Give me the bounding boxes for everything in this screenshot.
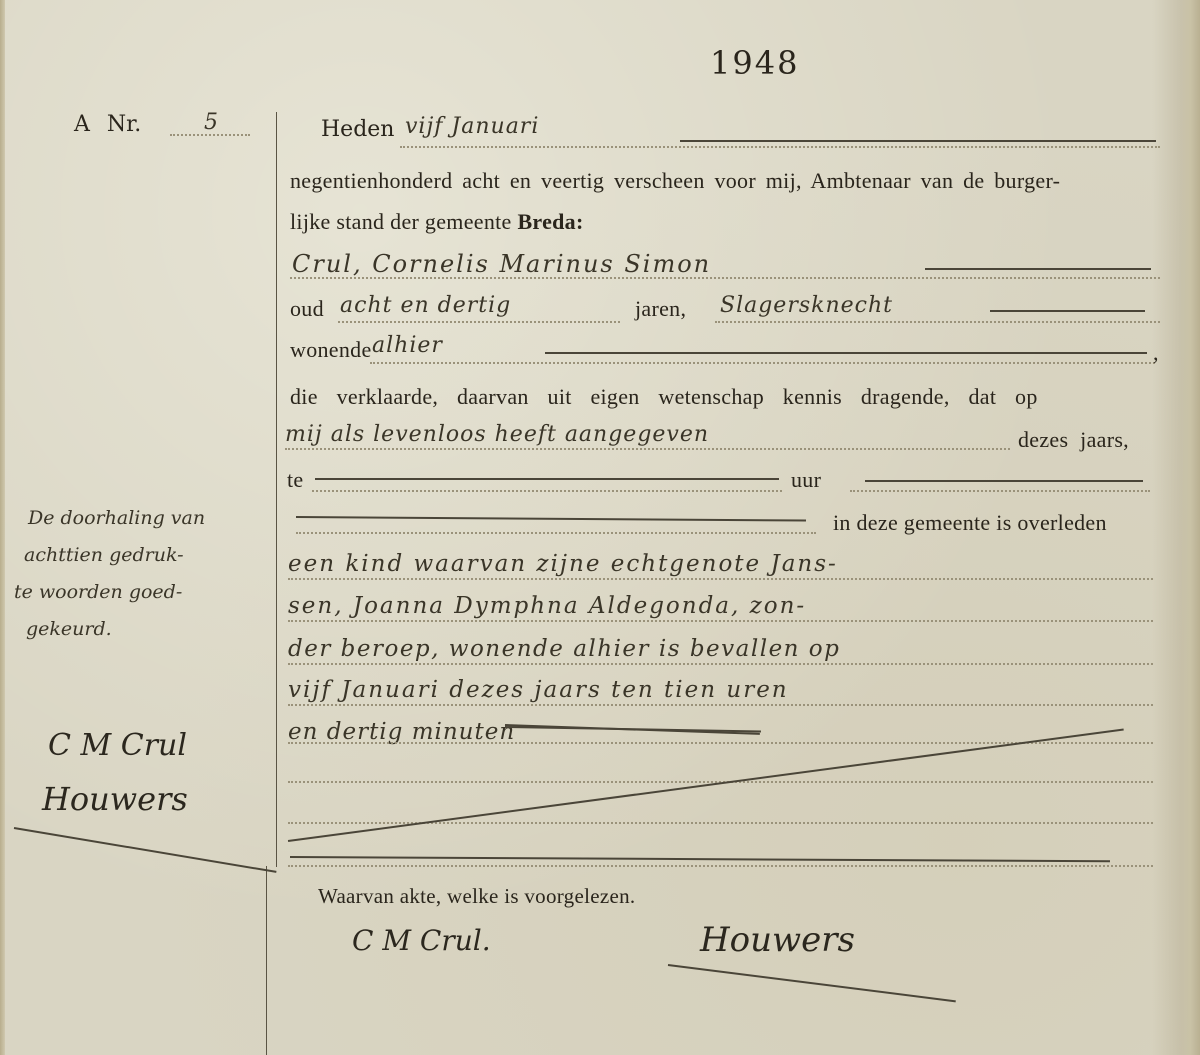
- register-nr-label: Nr.: [107, 112, 141, 137]
- hand-line-2: sen, Joanna Dymphna Aldegonda, zon-: [288, 593, 806, 619]
- line3-text: lijke stand der gemeente Breda:: [290, 209, 584, 235]
- line9-dotline-a: [312, 490, 782, 492]
- line6-strike: [545, 352, 1147, 354]
- hand-dotline-3: [288, 663, 1153, 665]
- line6-comma: ,: [1153, 340, 1159, 366]
- margin-note: De doorhaling van achttien gedruk- te wo…: [14, 500, 205, 648]
- line9-strike-b: [865, 480, 1143, 482]
- uur-label: uur: [791, 467, 821, 493]
- declarant-name: Crul, Cornelis Marinus Simon: [292, 250, 711, 278]
- line9-dotline-b: [850, 490, 1150, 492]
- year-header: 1948: [710, 44, 799, 82]
- margin-divider: [276, 112, 277, 867]
- line1-strike: [680, 140, 1156, 142]
- line6-dotline: [370, 362, 1155, 364]
- overleden-label: in deze gemeente is overleden: [833, 510, 1107, 536]
- hand-dotline-2: [288, 620, 1153, 622]
- residence-handwritten: alhier: [372, 333, 443, 358]
- page-edge-right: [1152, 0, 1200, 1055]
- line5-dotline-b: [715, 321, 1160, 323]
- margin-note-line-3: te woorden goed-: [14, 574, 205, 611]
- hand-dotline-4: [288, 704, 1153, 706]
- z-strike-bottom: [290, 856, 1110, 862]
- te-label: te: [287, 467, 303, 493]
- line9-strike-a: [315, 478, 779, 480]
- date-handwritten: vijf Januari: [405, 114, 539, 139]
- hand-dotline-1: [288, 578, 1153, 580]
- signature-declarant: C M Crul.: [352, 924, 491, 957]
- page-edge-left: [0, 0, 5, 1055]
- hand-line-3: der beroep, wonende alhier is bevallen o…: [288, 636, 840, 662]
- line4-strike: [925, 268, 1151, 270]
- register-letter: A: [74, 112, 90, 137]
- wonende-label: wonende: [290, 337, 372, 363]
- margin-divider-lower: [266, 866, 267, 1055]
- jaren-label: jaren,: [635, 296, 686, 322]
- dezes-jaars-label: dezes jaars,: [1018, 427, 1129, 453]
- empty-dotline-3: [288, 865, 1153, 867]
- register-nr-value: 5: [204, 110, 219, 135]
- line5-strike: [990, 310, 1145, 312]
- margin-signature-declarant: C M Crul: [48, 728, 187, 763]
- line10-strike: [296, 516, 806, 522]
- line10-dotline: [296, 532, 816, 534]
- margin-note-line-1: De doorhaling van: [14, 500, 205, 537]
- line5-dotline-a: [338, 321, 620, 323]
- margin-note-line-2: achttien gedruk-: [14, 537, 205, 574]
- age-handwritten: acht en dertig: [340, 293, 511, 318]
- line4-dotline: [290, 277, 1160, 279]
- closing-text: Waarvan akte, welke is voorgelezen.: [318, 884, 635, 909]
- register-number: A Nr.: [74, 112, 141, 137]
- line3-label: lijke stand der gemeente: [290, 209, 512, 234]
- signature-official: Houwers: [700, 920, 855, 960]
- z-strike-diagonal: [288, 729, 1124, 842]
- line2-text: negentienhonderd acht en veertig versche…: [290, 168, 1060, 194]
- signature-official-underline: [668, 964, 956, 1002]
- heden-label: Heden: [321, 117, 394, 142]
- margin-signature-underline: [14, 827, 277, 873]
- occupation-handwritten: Slagersknecht: [720, 293, 893, 318]
- hand-line-1: een kind waarvan zijne echtgenote Jans-: [288, 551, 838, 577]
- hand-line-4: vijf Januari dezes jaars ten tien uren: [288, 677, 789, 703]
- margin-note-line-4: gekeurd.: [14, 611, 205, 648]
- declaration-handwritten: mij als levenloos heeft aangegeven: [285, 422, 709, 447]
- oud-label: oud: [290, 296, 324, 322]
- margin-signature-official: Houwers: [42, 780, 188, 818]
- municipality: Breda:: [517, 209, 583, 234]
- line7-text: die verklaarde, daarvan uit eigen wetens…: [290, 384, 1038, 410]
- line8-dotline: [285, 448, 1010, 450]
- line1-dotline: [400, 146, 1160, 148]
